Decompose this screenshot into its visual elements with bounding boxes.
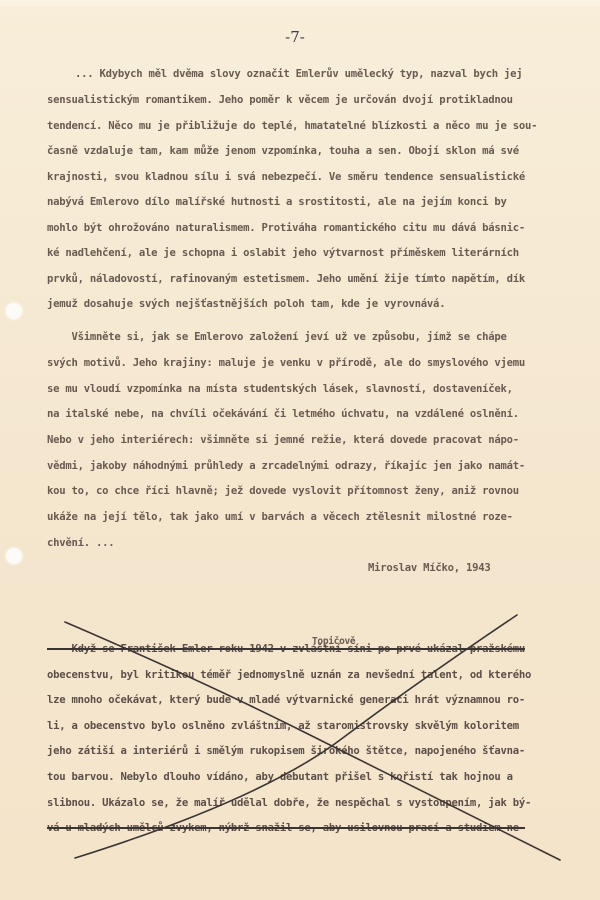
typewritten-page: -7- ... Kdybych měl dvěma slovy označit … (0, 0, 600, 900)
pencil-cross-out-icon (0, 0, 600, 900)
